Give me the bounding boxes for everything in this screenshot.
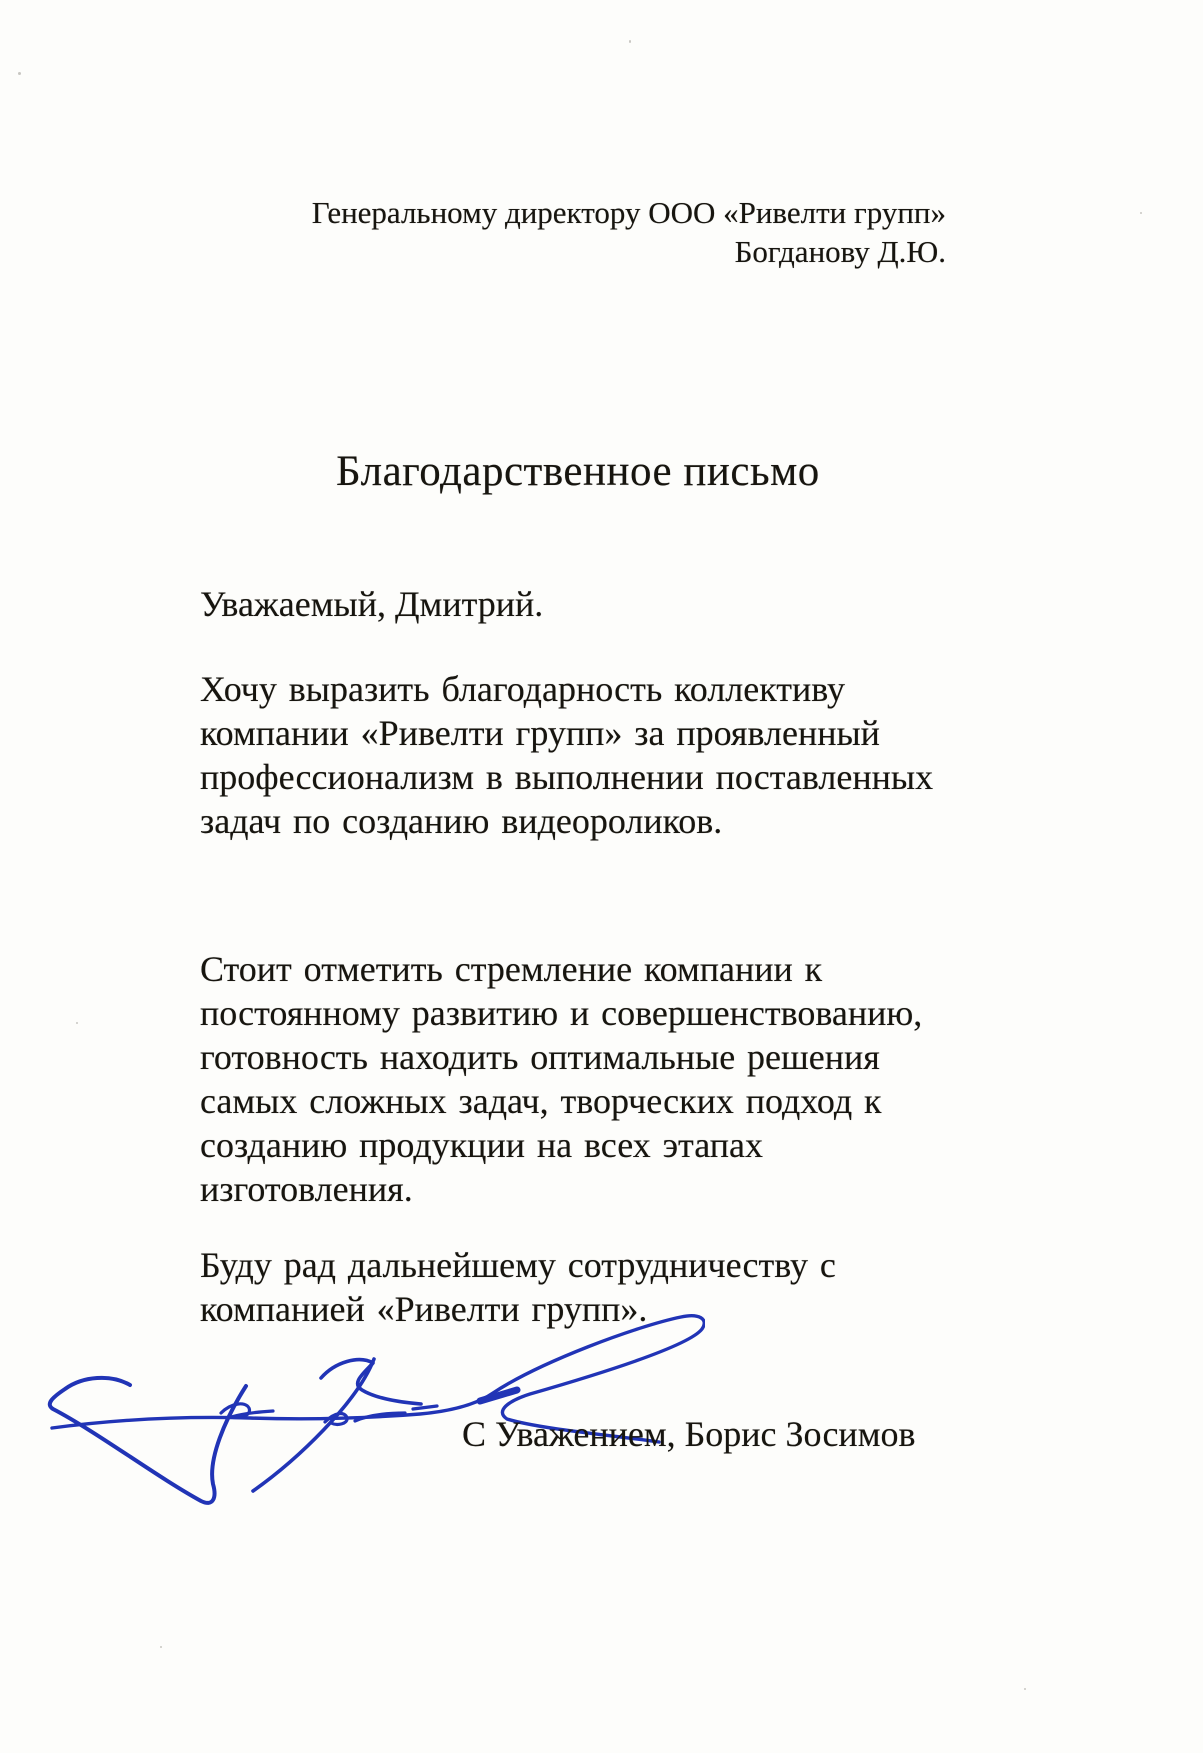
recipient-line-2: Богданову Д.Ю. <box>312 232 946 271</box>
scan-speckle <box>160 1646 162 1648</box>
paragraph-1-line: Хочу выразить благодарность коллективу <box>200 667 933 711</box>
paragraph-2-line: созданию продукции на всех этапах <box>200 1123 922 1167</box>
paragraph-2-line: постоянному развитию и совершенствованию… <box>200 991 922 1035</box>
paragraph-2-line: Стоит отметить стремление компании к <box>200 947 922 991</box>
scan-speckle <box>76 1022 78 1024</box>
handwritten-signature <box>25 1235 705 1515</box>
paragraph-2: Стоит отметить стремление компании к пос… <box>200 947 922 1211</box>
recipient-block: Генеральному директору ООО «Ривелти груп… <box>312 193 946 271</box>
scan-speckle <box>1024 1688 1026 1690</box>
scan-speckle <box>1140 212 1142 214</box>
paragraph-2-line: изготовления. <box>200 1167 922 1211</box>
signature-stroke-z-diagonal <box>253 1359 374 1491</box>
paragraph-2-line: самых сложных задач, творческих подход к <box>200 1079 922 1123</box>
paragraph-1: Хочу выразить благодарность коллективу к… <box>200 667 933 843</box>
recipient-line-1: Генеральному директору ООО «Ривелти груп… <box>312 193 946 232</box>
scan-speckle <box>629 40 631 43</box>
signature-stroke-blob <box>480 1390 517 1401</box>
paragraph-1-line: профессионализм в выполнении поставленны… <box>200 755 933 799</box>
greeting-line: Уважаемый, Дмитрий. <box>200 583 543 625</box>
signature-stroke-v <box>50 1378 246 1503</box>
letter-title: Благодарственное письмо <box>336 447 820 496</box>
scan-speckle <box>18 72 21 75</box>
scanned-letter-page: Генеральному директору ООО «Ривелти груп… <box>0 0 1203 1753</box>
closing-line: С Уважением, Борис Зосимов <box>462 1413 915 1455</box>
paragraph-1-line: компании «Ривелти групп» за проявленный <box>200 711 933 755</box>
paragraph-2-line: готовность находить оптимальные решения <box>200 1035 922 1079</box>
paragraph-1-line: задач по созданию видеороликов. <box>200 799 933 843</box>
